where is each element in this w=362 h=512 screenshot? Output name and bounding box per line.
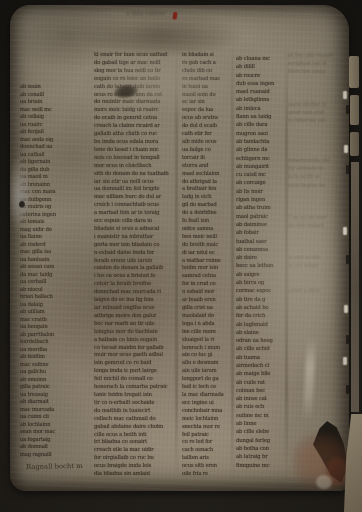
- stitch-light: [343, 91, 347, 99]
- text-column-left: ab ṡeain ab conaill ua briain mac neill …: [20, 84, 96, 459]
- text-column-names: ab cluana mc ab dilill ab roscre dub ess…: [236, 55, 286, 470]
- stitch-light: [344, 305, 348, 313]
- stitch-light: [344, 145, 348, 153]
- text-column-main-2: in bliadain si ro gab cach a chele dib c…: [182, 52, 236, 479]
- manuscript-page: a dhia cabhair ab ṡeain ab conaill ua br…: [10, 5, 349, 491]
- marginalia-column: et hec olla mundi scriptum est in libro …: [288, 52, 346, 295]
- stitch-dark: [346, 335, 349, 344]
- text-column-main-1: kl enair for luan ocus uathad do gabail …: [94, 52, 182, 479]
- photograph-of-manuscript: a dhia cabhair ab ṡeain ab conaill ua br…: [0, 0, 362, 512]
- stitch-light: [343, 227, 347, 235]
- adjacent-folio-edge: [350, 95, 359, 125]
- stitch-dark: [346, 385, 349, 394]
- stitch-dark: [346, 255, 349, 264]
- binding-edge-strip: [351, 162, 359, 412]
- adjacent-folio-edge: [350, 132, 359, 156]
- stitch-light: [343, 357, 347, 365]
- stitch-dark: [346, 105, 349, 114]
- stitch-dark: [346, 165, 349, 174]
- adjacent-folio-edge: [349, 56, 359, 88]
